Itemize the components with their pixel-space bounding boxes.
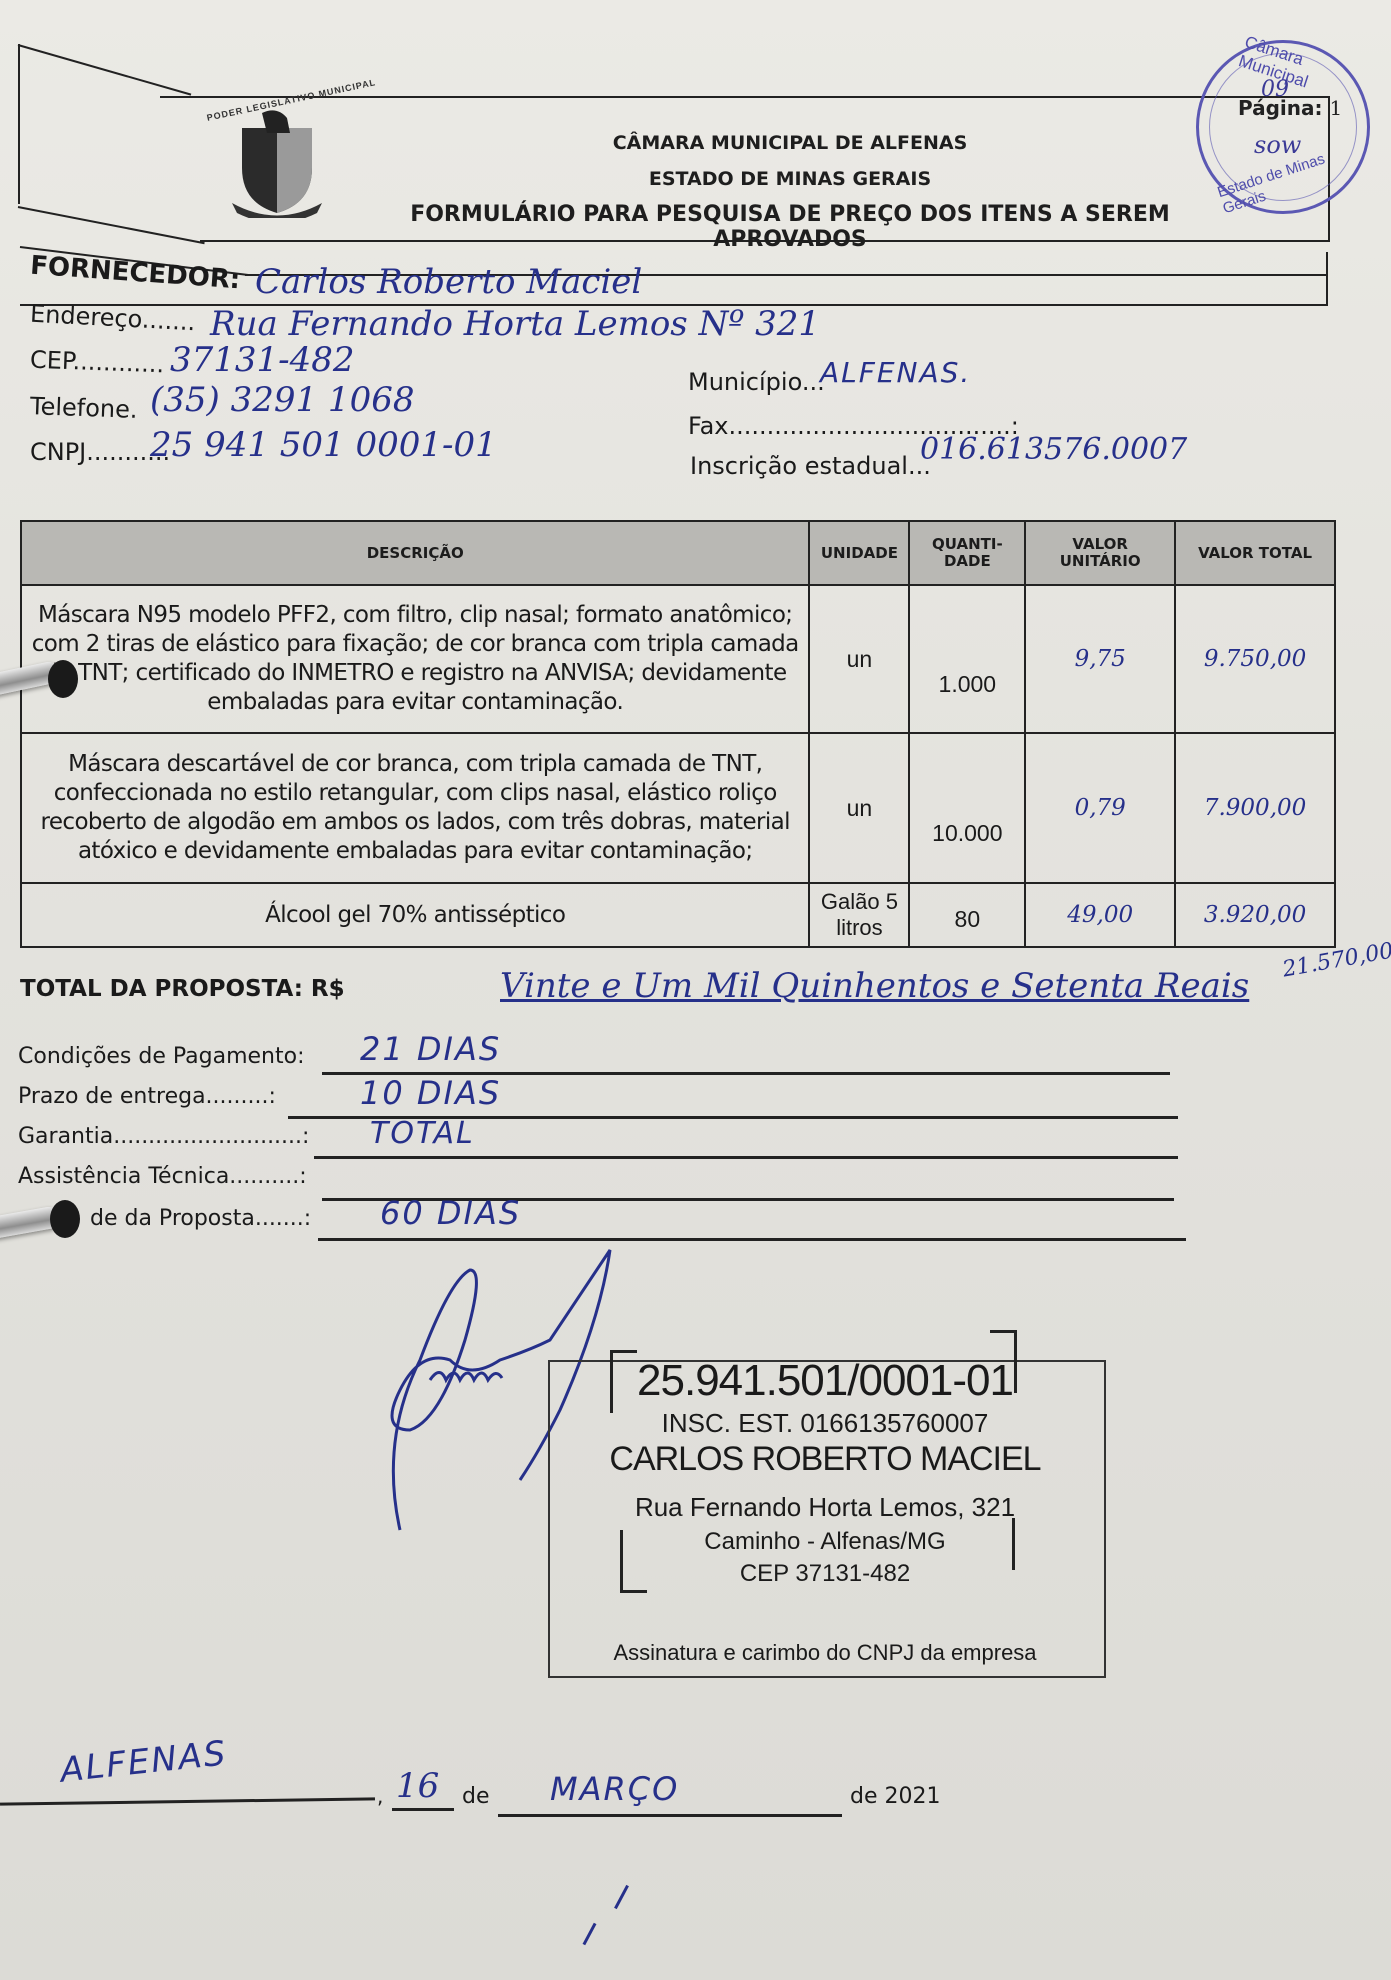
telefone-value[interactable]: (35) 3291 1068 [150,380,414,420]
item-unit: un [809,733,909,883]
municipal-crest-icon [232,108,322,218]
telefone-label: Telefone. [30,392,138,424]
fornecedor-value[interactable]: Carlos Roberto Maciel [255,262,642,302]
assistencia-label: Assistência Técnica..........: [18,1164,307,1189]
date-de-label: de [462,1784,490,1809]
item-description: Máscara descartável de cor branca, com t… [21,733,809,883]
header-descricao: DESCRIÇÃO [21,521,809,585]
stamp-cep: CEP 37131-482 [548,1560,1102,1588]
date-day[interactable]: 16 [396,1766,439,1806]
cep-value[interactable]: 37131-482 [170,340,355,380]
item-total-price[interactable]: 9.750,00 [1175,585,1335,733]
city-line [0,1797,375,1805]
cep-label: CEP............ [30,346,165,379]
header-border [160,96,1330,98]
date-month[interactable]: MARÇO [550,1770,679,1808]
header-border [18,44,20,204]
municipio-value[interactable]: ALFENAS. [820,356,971,389]
stamp-insc-est: INSC. EST. 0166135760007 [548,1408,1102,1439]
entrega-value[interactable]: 10 DIAS [360,1074,501,1112]
item-unit: Galão 5 litros [809,883,909,947]
inscricao-label: Inscrição estadual... [690,452,931,480]
table-row: Máscara N95 modelo PFF2, com filtro, cli… [21,585,1335,733]
header-valor-total: VALOR TOTAL [1175,521,1335,585]
pen-mark [583,1923,597,1946]
inscricao-value[interactable]: 016.613576.0007 [920,432,1187,467]
item-unit-price[interactable]: 0,79 [1025,733,1175,883]
municipio-label: Município... [688,368,825,396]
item-unit: un [809,585,909,733]
item-quantity: 1.000 [909,585,1025,733]
pagamento-value[interactable]: 21 DIAS [360,1030,501,1068]
stamp-address: Rua Fernando Horta Lemos, 321 [548,1492,1102,1523]
binder-hole [50,1200,80,1238]
cnpj-value[interactable]: 25 941 501 0001-01 [150,425,497,465]
binder-hole [48,660,78,698]
table-header-row: DESCRIÇÃO UNIDADE QUANTI- DADE VALOR UNI… [21,521,1335,585]
item-unit-price[interactable]: 9,75 [1025,585,1175,733]
item-quantity: 80 [909,883,1025,947]
item-description: Máscara N95 modelo PFF2, com filtro, cli… [21,585,809,733]
stamp-district: Caminho - Alfenas/MG [548,1528,1102,1556]
total-written-value[interactable]: Vinte e Um Mil Quinhentos e Setenta Reai… [500,966,1249,1006]
total-label: TOTAL DA PROPOSTA: R$ [20,976,345,1002]
page-indicator: Página: 1 [1238,96,1342,120]
seal-initials: sow [1254,131,1301,159]
endereco-value[interactable]: Rua Fernando Horta Lemos Nº 321 [210,304,820,344]
table-row: Máscara descartável de cor branca, com t… [21,733,1335,883]
date-year-label: de 2021 [850,1784,940,1809]
date-city[interactable]: ALFENAS [58,1733,229,1790]
item-unit-price[interactable]: 49,00 [1025,883,1175,947]
header-valor-unitario: VALOR UNITÁRIO [1025,521,1175,585]
month-line [498,1814,842,1817]
items-table: DESCRIÇÃO UNIDADE QUANTI- DADE VALOR UNI… [20,520,1336,948]
form-title: FORMULÁRIO PARA PESQUISA DE PREÇO DOS IT… [340,202,1240,252]
header-unidade: UNIDADE [809,521,909,585]
header-quantidade: QUANTI- DADE [909,521,1025,585]
item-description: Álcool gel 70% antisséptico [21,883,809,947]
page-label: Página: [1238,96,1323,120]
pen-mark [614,1885,629,1909]
stamp-caption: Assinatura e carimbo do CNPJ da empresa [548,1640,1102,1666]
entrega-label: Prazo de entrega.........: [18,1084,276,1109]
item-total-price[interactable]: 7.900,00 [1175,733,1335,883]
header-border [18,206,205,244]
stamp-company-name: CARLOS ROBERTO MACIEL [548,1440,1102,1479]
day-line [392,1808,454,1811]
pagamento-label: Condições de Pagamento: [18,1044,305,1069]
validade-label: de da Proposta.......: [90,1206,311,1231]
page-number: 1 [1330,96,1343,120]
garantia-label: Garantia...........................: [18,1124,309,1149]
table-row: Álcool gel 70% antisséptico Galão 5 litr… [21,883,1335,947]
stamp-cnpj: 25.941.501/0001-01 [548,1356,1102,1406]
header-border [18,44,192,96]
garantia-line [314,1156,1178,1159]
item-quantity: 10.000 [909,733,1025,883]
date-comma: , [377,1784,383,1808]
garantia-value[interactable]: TOTAL [370,1116,475,1151]
official-seal: Câmara Municipal 09 sow Estado de Minas … [1196,40,1370,214]
state-name: ESTADO DE MINAS GERAIS [340,168,1240,190]
validade-value[interactable]: 60 DIAS [380,1194,521,1232]
item-total-price[interactable]: 3.920,00 [1175,883,1335,947]
institution-name: CÂMARA MUNICIPAL DE ALFENAS [340,132,1240,154]
